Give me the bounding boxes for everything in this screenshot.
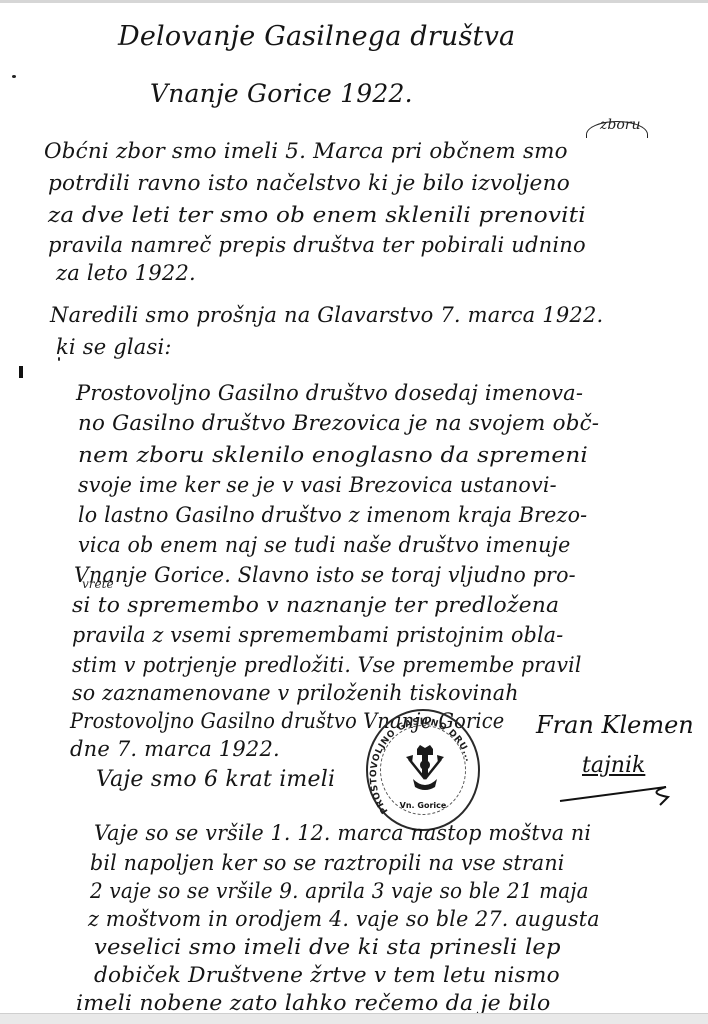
text-line: nem zboru sklenilo enoglasno da spremeni [78, 443, 588, 467]
document-title: Delovanje Gasilnega društva [118, 21, 515, 52]
text-line: Vaje smo 6 krat imeli [96, 767, 335, 792]
text-line: za leto 1922. [56, 261, 196, 285]
text-line: Vaje so se vršile 1. 12. marca nastop mo… [94, 821, 591, 845]
document-subtitle: Vnanje Gorice 1922. [150, 79, 413, 108]
text-line: za dve leti ter smo ob enem sklenili pre… [48, 203, 586, 227]
text-line: potrdili ravno isto načelstvo ki je bilo… [48, 171, 570, 195]
society-stamp: PROSTOVOLJNO GASILNO DRU... Vn. Gorice [366, 709, 480, 831]
scan-speck [58, 357, 60, 361]
text-line: si to spremembo v naznanje ter predložen… [72, 593, 559, 617]
text-line: Naredili smo prošnja na Glavarstvo 7. ma… [50, 303, 603, 327]
text-line: imeli nobene zato lahko rečemo da je bil… [76, 991, 550, 1015]
text-line: dobiček Društvene žrtve v tem letu nismo [94, 963, 560, 987]
text-line: pravila namreč prepis društva ter pobira… [48, 233, 586, 257]
text-line: so zaznamenovane v priloženih tiskovinah [72, 681, 519, 705]
insertion-word: vrete [82, 577, 114, 591]
text-line: svoje ime ker se je v vasi Brezovica ust… [78, 473, 557, 497]
text-line: vica ob enem naj se tudi naše društvo im… [78, 533, 571, 557]
text-line: ki se glasi: [56, 335, 172, 359]
signature-flourish-icon [556, 773, 676, 807]
crown-axes-emblem-icon [405, 745, 445, 793]
scan-edge [0, 1013, 708, 1024]
text-line: Vnanje Gorice. Slavno isto se toraj vlju… [74, 563, 576, 587]
text-line: Prostovoljno Gasilno društvo dosedaj ime… [76, 381, 583, 405]
scanned-handwritten-page: Delovanje Gasilnega društva Vnanje Goric… [0, 0, 708, 1024]
signature-name: Fran Klemen [536, 711, 694, 739]
scan-speck [12, 75, 16, 78]
text-line: Obćni zbor smo imeli 5. Marca pri občnem… [44, 139, 568, 163]
text-line: pravila z vsemi spremembami pristojnim o… [72, 623, 563, 647]
text-line: dne 7. marca 1922. [70, 737, 280, 761]
text-line: veselici smo imeli dve ki sta prinesli l… [94, 935, 561, 959]
text-line: no Gasilno društvo Brezovica je na svoje… [78, 411, 599, 435]
text-line: bil napoljen ker so se raztropili na vse… [90, 851, 565, 875]
text-line: lo lastno Gasilno društvo z imenom kraja… [78, 503, 587, 527]
text-line: z moštvom in orodjem 4. vaje so ble 27. … [88, 907, 600, 931]
text-line: 2 vaje so se vršile 9. aprila 3 vaje so … [90, 879, 589, 903]
stamp-location-text: Vn. Gorice [368, 801, 478, 810]
margin-mark [19, 366, 23, 378]
text-line: stim v potrjenje predložiti. Vse prememb… [72, 653, 582, 677]
